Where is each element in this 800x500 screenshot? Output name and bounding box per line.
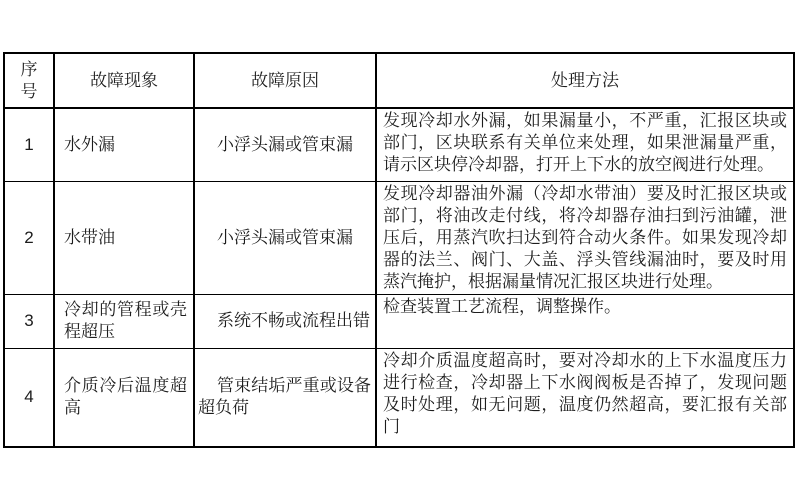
fault-troubleshooting-table: 序号 故障现象 故障原因 处理方法 1 水外漏 小浮头漏或管束漏 发现冷却水外漏… — [3, 52, 795, 448]
cell-fault-cause: 管束结垢严重或设备超负荷 — [194, 348, 376, 447]
cell-serial-number: 4 — [4, 348, 54, 447]
header-serial-number: 序号 — [4, 53, 54, 108]
cell-treatment-method: 冷却介质温度超高时，要对冷却水的上下水温度压力进行检查，冷却器上下水阀阀板是否掉… — [376, 348, 794, 447]
header-fault-phenomenon: 故障现象 — [54, 53, 194, 108]
table-row: 2 水带油 小浮头漏或管束漏 发现冷却器油外漏（冷却水带油）要及时汇报区块或部门… — [4, 181, 794, 294]
table-row: 3 冷却的管程或壳程超压 系统不畅或流程出错 检查装置工艺流程，调整操作。 — [4, 294, 794, 348]
cell-fault-phenomenon: 水外漏 — [54, 108, 194, 181]
cell-fault-phenomenon: 介质冷后温度超高 — [54, 348, 194, 447]
header-treatment-method: 处理方法 — [376, 53, 794, 108]
cell-fault-cause: 小浮头漏或管束漏 — [194, 108, 376, 181]
cell-treatment-method: 发现冷却水外漏，如果漏量小，不严重，汇报区块或部门，区块联系有关单位来处理，如果… — [376, 108, 794, 181]
table-row: 4 介质冷后温度超高 管束结垢严重或设备超负荷 冷却介质温度超高时，要对冷却水的… — [4, 348, 794, 447]
cell-fault-phenomenon: 冷却的管程或壳程超压 — [54, 294, 194, 348]
cell-serial-number: 1 — [4, 108, 54, 181]
cell-fault-cause: 小浮头漏或管束漏 — [194, 181, 376, 294]
cell-treatment-method: 发现冷却器油外漏（冷却水带油）要及时汇报区块或部门，将油改走付线，将冷却器存油扫… — [376, 181, 794, 294]
cell-serial-number: 2 — [4, 181, 54, 294]
table-row: 1 水外漏 小浮头漏或管束漏 发现冷却水外漏，如果漏量小，不严重，汇报区块或部门… — [4, 108, 794, 181]
cell-serial-number: 3 — [4, 294, 54, 348]
header-fault-cause: 故障原因 — [194, 53, 376, 108]
cell-fault-cause: 系统不畅或流程出错 — [194, 294, 376, 348]
cell-fault-phenomenon: 水带油 — [54, 181, 194, 294]
document-page: 序号 故障现象 故障原因 处理方法 1 水外漏 小浮头漏或管束漏 发现冷却水外漏… — [0, 0, 800, 500]
table-header-row: 序号 故障现象 故障原因 处理方法 — [4, 53, 794, 108]
cell-treatment-method: 检查装置工艺流程，调整操作。 — [376, 294, 794, 348]
